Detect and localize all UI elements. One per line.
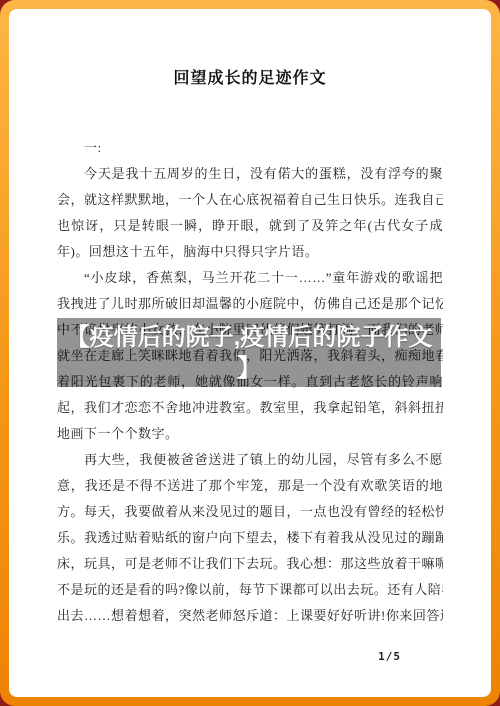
- text-line: 会，就这样默默地，一个人在心底祝福着自己生日快乐。连我自己: [57, 187, 443, 213]
- document-page: 回望成长的足迹作文 一:今天是我十五周岁的生日，没有偌大的蛋糕，没有浮夸的聚会，…: [9, 9, 491, 697]
- text-line: 再大些，我便被爸爸送进了镇上的幼儿园，尽管有多么不愿: [57, 447, 443, 473]
- overlay-banner[interactable]: 【疫情后的院子,疫情后的院子作文 】: [57, 318, 441, 387]
- text-line: 出去……想着想着，突然老师怒斥道：上课要好好听讲!你来回答这: [57, 603, 443, 629]
- text-line: “小皮球，香蕉梨，马兰开花二十一……”童年游戏的歌谣把: [57, 265, 443, 291]
- text-line: 今天是我十五周岁的生日，没有偌大的蛋糕，没有浮夸的聚: [57, 161, 443, 187]
- screenshot-canvas: 回望成长的足迹作文 一:今天是我十五周岁的生日，没有偌大的蛋糕，没有浮夸的聚会，…: [0, 0, 500, 706]
- text-line: 意，我还是不得不送进了那个牢笼，那是一个没有欢歌笑语的地: [57, 473, 443, 499]
- text-line: 起，我们才恋恋不舍地冲进教室。教室里，我拿起铅笔，斜斜扭扭: [57, 395, 443, 421]
- text-line: 不是玩的还是看的吗?像以前，每节下课都可以出去玩。还有人陪我: [57, 577, 443, 603]
- text-line: 年)。回想这十五年，脑海中只得只字片语。: [57, 239, 443, 265]
- page-title: 回望成长的足迹作文: [9, 69, 491, 89]
- text-line: 方。每天，我要做着从来没见过的题目，一点也没有曾经的轻松快: [57, 499, 443, 525]
- overlay-banner-text-line1: 【疫情后的院子,疫情后的院子作文: [66, 322, 433, 353]
- page-indicator: 1/5: [378, 650, 401, 663]
- text-line: 床，玩具，可是老师不让我们下去玩。我心想：那这些放着干嘛呢?: [57, 551, 443, 577]
- text-line: 我拽进了儿时那所破旧却温馨的小庭院中，仿佛自己还是那个记忆: [57, 291, 443, 317]
- text-line: 乐。我透过贴着贴纸的窗户向下望去，楼下有着我从没见过的蹦蹦: [57, 525, 443, 551]
- text-line: 一:: [57, 135, 443, 161]
- text-line: 地画下一个个数字。: [57, 421, 443, 447]
- overlay-banner-text-line2: 】: [237, 353, 261, 384]
- text-line: 也惊讶，只是转眼一瞬，睁开眼，就到了及笄之年(古代女子成: [57, 213, 443, 239]
